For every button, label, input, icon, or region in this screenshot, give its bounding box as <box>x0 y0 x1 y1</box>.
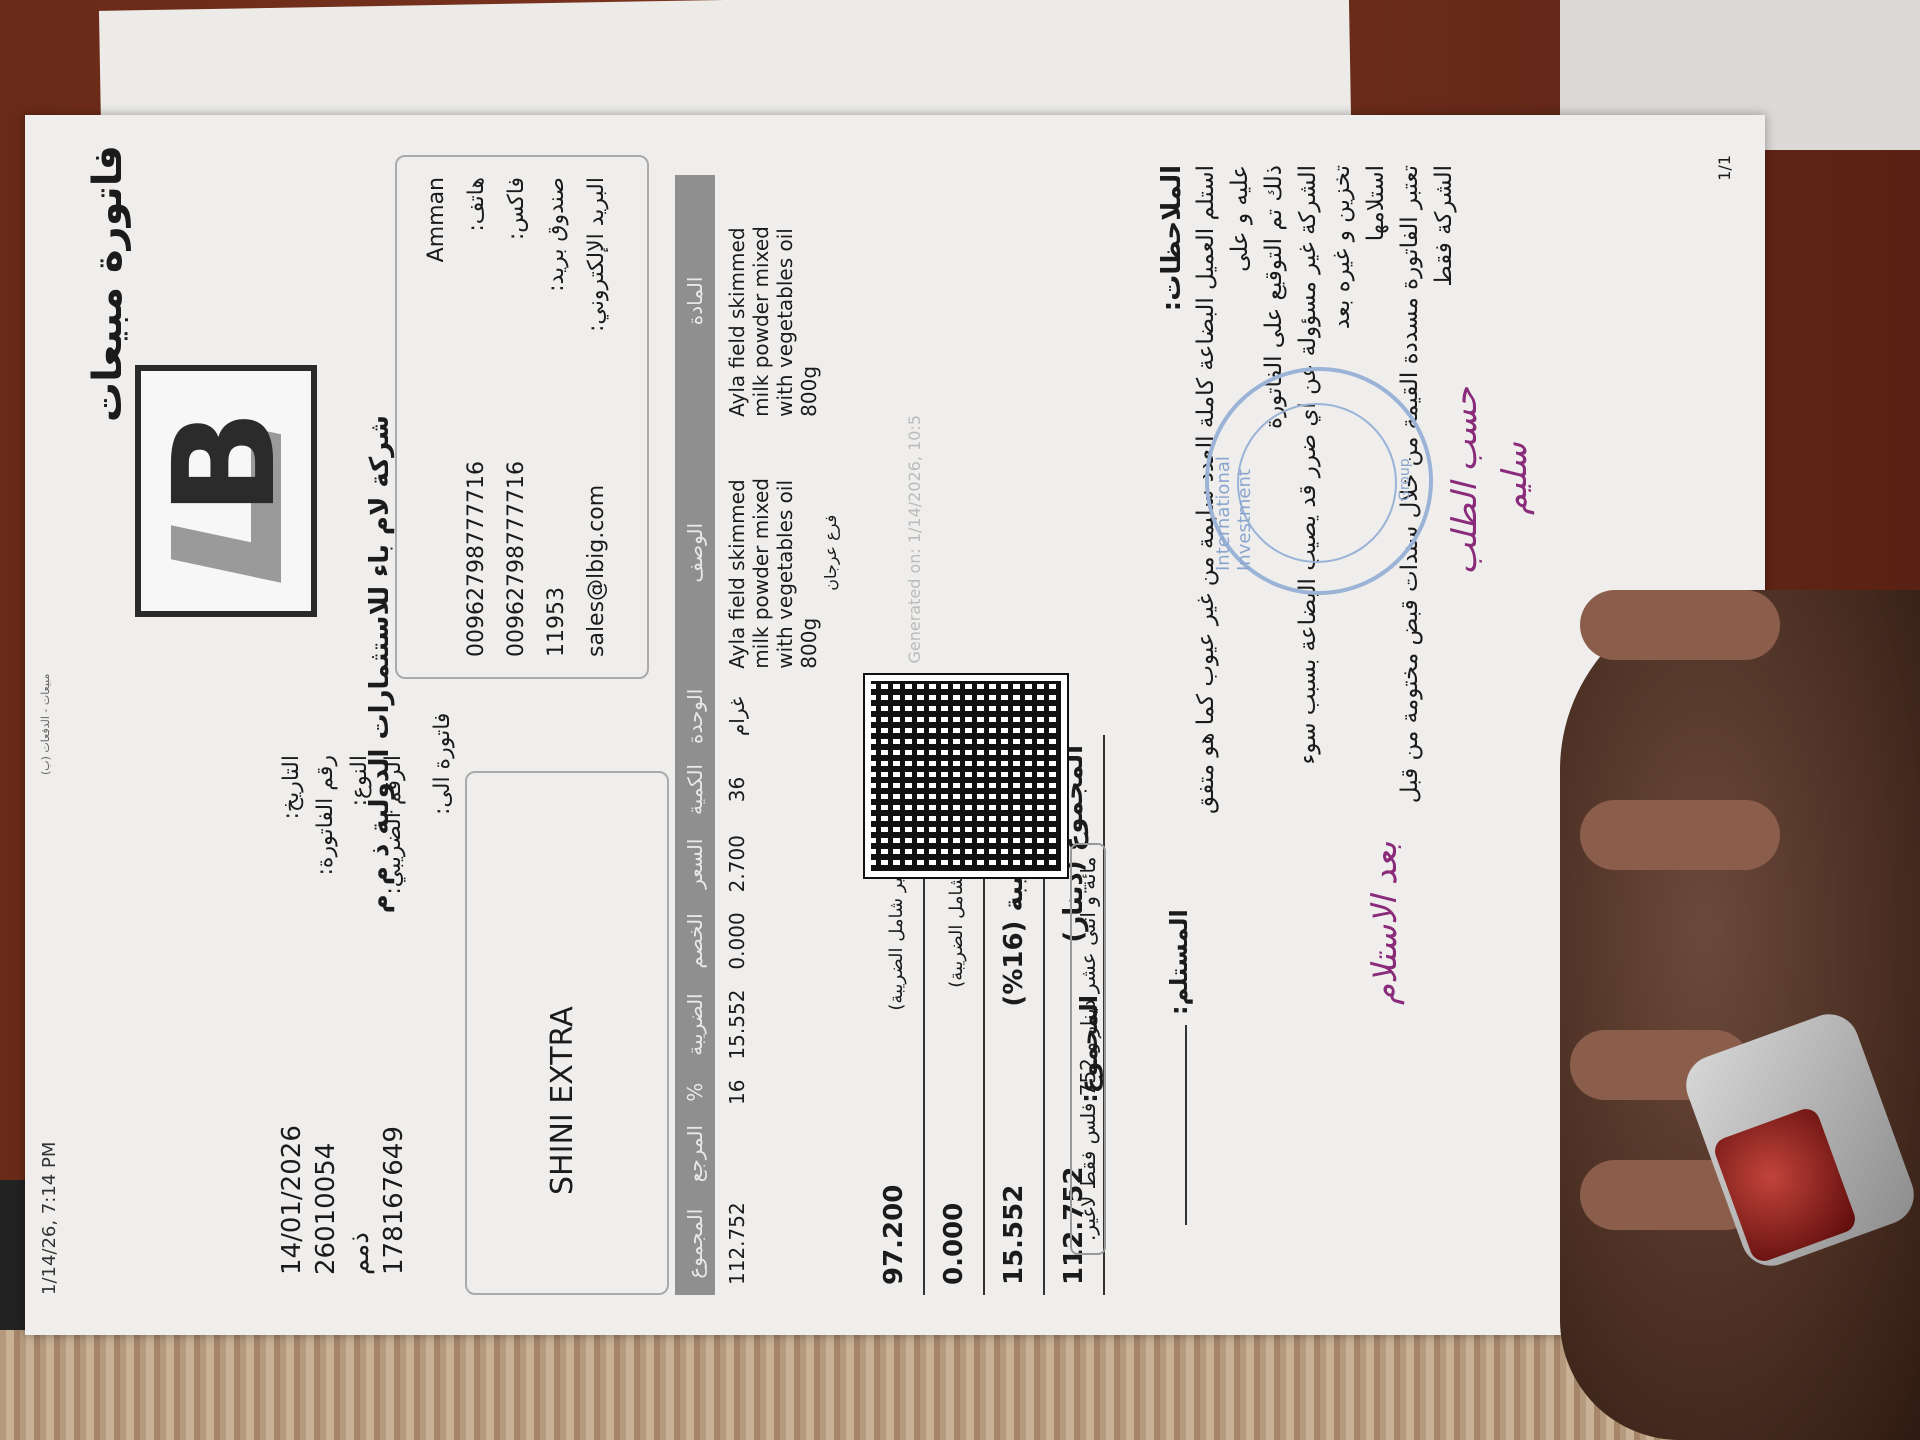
company-email-row: البريد الإلكتروني: sales@lbig.com <box>577 177 617 657</box>
company-city: Amman <box>417 177 457 262</box>
item-unit: غرام <box>715 679 850 754</box>
hand <box>1560 590 1920 1440</box>
item-name: Ayla field skimmed milk powder mixed wit… <box>715 175 850 427</box>
handwritten-note: حسب الطلب <box>1445 387 1485 575</box>
print-timestamp: 1/14/26, 7:14 PM <box>39 1142 60 1295</box>
company-phone-row: هاتف: 00962798777716 <box>457 177 497 657</box>
company-pobox-row: صندوق بريد: 11953 <box>537 177 577 657</box>
invoice-title: فاتورة مبيعات <box>85 145 131 422</box>
item-tax: 15.552 <box>715 980 850 1070</box>
company-info-box: Amman هاتف: 00962798777716 فاكس: 0096279… <box>395 155 649 679</box>
item-branch-note: فرع عرجان <box>821 437 840 669</box>
handwritten-note: سليم <box>1495 442 1535 515</box>
qr-code <box>865 675 1067 877</box>
invoice-paper: 1/14/26, 7:14 PM مبيعات - الدفعات (ب) فا… <box>25 115 1765 1335</box>
logo-b-letter: B <box>161 409 291 516</box>
company-logo: B <box>135 365 317 617</box>
meta-type: النوع:ذمم <box>343 755 377 1275</box>
invoice-photo: 1/14/26, 7:14 PM مبيعات - الدفعات (ب) فا… <box>10 105 1780 1345</box>
meta-date: التاريخ:14/01/2026 <box>275 755 309 1275</box>
meta-invoice-number: رقم الفاتورة:26010054 <box>309 755 343 1275</box>
invoice-meta: التاريخ:14/01/2026 رقم الفاتورة:26010054… <box>275 755 411 1275</box>
item-tax-percent: 16 <box>715 1070 850 1115</box>
item-discount: 0.000 <box>715 902 850 979</box>
signature-line <box>1185 1025 1187 1225</box>
handwritten-note: بعد الاستلام <box>1365 842 1405 1005</box>
bill-to-label: فاتورة الى: <box>430 713 455 815</box>
page-number: 1/1 <box>1715 155 1734 181</box>
items-header-row: المادة الوصف الوحدة الكمية السعر الخصم ا… <box>675 175 715 1295</box>
item-description: Ayla field skimmed milk powder mixed wit… <box>715 427 850 679</box>
item-total: 112.752 <box>715 1192 850 1295</box>
item-price: 2.700 <box>715 825 850 902</box>
notes-title: الملاحظات: <box>1155 165 1189 825</box>
company-fax-row: فاكس: 00962798777716 <box>497 177 537 657</box>
page-header: مبيعات - الدفعات (ب) <box>39 674 52 775</box>
company-stamp: International Investment Group <box>1205 367 1433 595</box>
table-row: Ayla field skimmed milk powder mixed wit… <box>715 175 850 1295</box>
item-reference <box>715 1115 850 1192</box>
finger <box>1580 800 1780 870</box>
item-quantity: 36 <box>715 754 850 825</box>
receiver-signature: المستلم: <box>1165 909 1193 1225</box>
items-table: المادة الوصف الوحدة الكمية السعر الخصم ا… <box>675 175 850 1295</box>
finger <box>1580 590 1780 660</box>
meta-tax-number: الرقم الضريبي:178167649 <box>377 755 411 1275</box>
generated-on: Generated on: 1/14/2026, 10:5 <box>905 415 924 664</box>
sum-in-words: مائة و اثنى عشر دينار و 752 فلس فقط لاغي… <box>1070 843 1106 1255</box>
customer-name: SHINI EXTRA <box>545 1006 580 1195</box>
